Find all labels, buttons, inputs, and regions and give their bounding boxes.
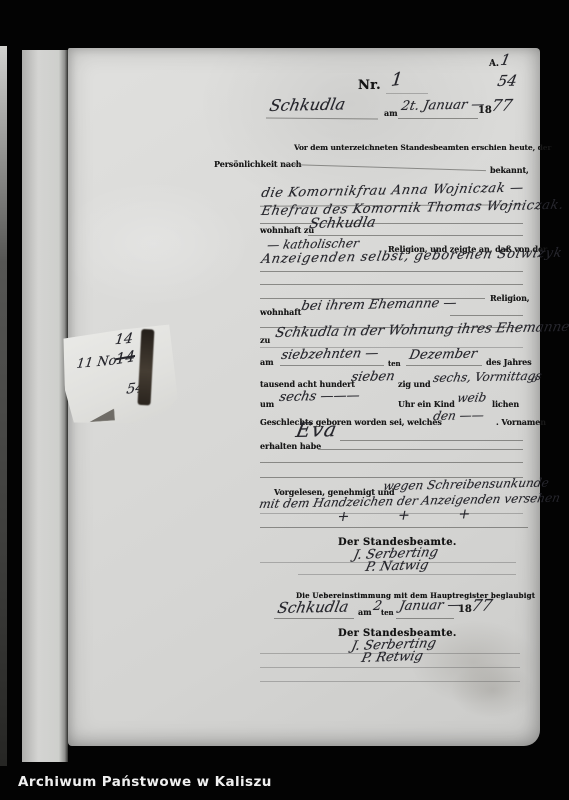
birthdate-ten-label: ten <box>388 359 400 368</box>
closing-hand1: wegen Schreibensunkunde <box>382 476 550 493</box>
writing-line <box>340 440 523 441</box>
writing-line <box>280 365 384 366</box>
writing-line <box>396 618 454 619</box>
birthdate-day: siebzehnten — <box>280 346 380 363</box>
slip-number-middle: 11 No <box>76 353 118 372</box>
slip-number-struck: 14 <box>115 347 135 368</box>
archive-reference-slip: 14 11 No 14 54. <box>61 324 179 428</box>
birthplace-value: Schkudla in der Wohnung ihres Ehemannes <box>274 319 569 341</box>
dateline-day-month: 2t. Januar — <box>400 97 486 114</box>
certification-year-hand: 77 <box>470 596 494 615</box>
dateline-year-hand: 77 <box>490 96 514 115</box>
handzeichen-marks: + + + <box>336 506 494 525</box>
birthplace-label: zu <box>260 335 270 345</box>
year-after-mark: o <box>530 374 538 385</box>
year-units-hand: sechs, Vormittags <box>432 369 543 385</box>
register-page: A. 1 54 Nr. 1 Schkudla am 2t. Januar — 1… <box>68 48 540 746</box>
birthdate-month: Dezember <box>408 347 478 363</box>
corner-page-number: 54 <box>496 72 519 90</box>
year-zig-label: zig und <box>398 379 431 389</box>
geschlecht-label: Geschlechts geboren worden sei, welches <box>260 417 442 427</box>
registrar-signature-2: P. Natwig <box>364 558 430 575</box>
writing-line <box>450 315 523 316</box>
gender-lichen-label: lichen <box>492 399 519 409</box>
record-number-label: Nr. <box>358 78 381 93</box>
residence-value: Schkudla <box>308 215 377 232</box>
writing-line <box>260 271 523 272</box>
year-thousand-label: tausend acht hundert <box>260 379 355 389</box>
certification-am-label: am <box>358 607 371 617</box>
child-name: Eva <box>294 417 340 442</box>
slip-number-top: 14 <box>114 331 134 349</box>
form-line-appeared: Vor dem unterzeichneten Standesbeamten e… <box>294 143 551 152</box>
birthdate-year-label: des Jahres <box>486 357 532 367</box>
writing-line <box>386 93 428 94</box>
writing-line <box>260 462 523 463</box>
corner-series-label: A. <box>489 59 499 69</box>
ink-smudge-mark <box>137 329 154 406</box>
writing-line <box>318 449 523 450</box>
gender-hand: weib <box>456 390 488 405</box>
hour-uhr-label: Uhr ein Kind <box>398 399 455 409</box>
certification-place: Schkudla <box>276 598 350 617</box>
writing-line <box>260 223 523 224</box>
binding-page-edges <box>22 50 68 762</box>
registrar-signature-4: P. Retwig <box>360 649 424 666</box>
den-hand: den —— <box>432 408 485 423</box>
declarant-name-line1: die Komornikfrau Anna Wojniczak — <box>260 181 525 201</box>
dateline-place: Schkudla <box>268 94 347 115</box>
book-edge-sliver <box>0 46 7 766</box>
residence2-label: wohnhaft <box>260 307 301 317</box>
slip-shadow-wedge <box>88 408 115 422</box>
residence-label: wohnhaft zu <box>260 225 314 235</box>
writing-line <box>298 574 516 575</box>
religion2-printed: Religion, <box>490 293 530 303</box>
writing-line <box>284 164 486 171</box>
writing-line <box>260 527 528 528</box>
dateline-am-label: am <box>384 108 397 118</box>
declarant-name-line2: Ehefrau des Komornik Thomas Wojniczak. <box>260 198 565 219</box>
hour-um-label: um <box>260 399 274 409</box>
vornamen-label: . Vornamen <box>496 417 546 427</box>
year-decade-hand: sieben <box>350 369 396 385</box>
hour-value: sechs ——— <box>278 388 361 405</box>
birthdate-am-label: am <box>260 357 273 367</box>
erhalten-label: erhalten habe <box>260 441 321 451</box>
writing-line <box>398 118 478 119</box>
writing-line <box>260 681 520 682</box>
certification-month: Januar — <box>398 598 462 614</box>
certification-ten-label: ten <box>381 608 393 617</box>
record-number-value: 1 <box>390 69 404 91</box>
writing-line <box>266 118 378 120</box>
residence2-value: bei ihrem Ehemanne — <box>300 296 458 314</box>
form-line-known: bekannt, <box>490 165 529 175</box>
corner-series-number: 1 <box>499 51 512 69</box>
writing-line <box>260 667 520 668</box>
writing-line <box>274 618 354 619</box>
archival-scan: A. 1 54 Nr. 1 Schkudla am 2t. Januar — 1… <box>0 0 569 800</box>
archive-watermark: Archiwum Państwowe w Kaliszu <box>18 774 272 790</box>
writing-line <box>260 284 523 285</box>
writing-line <box>406 365 482 366</box>
